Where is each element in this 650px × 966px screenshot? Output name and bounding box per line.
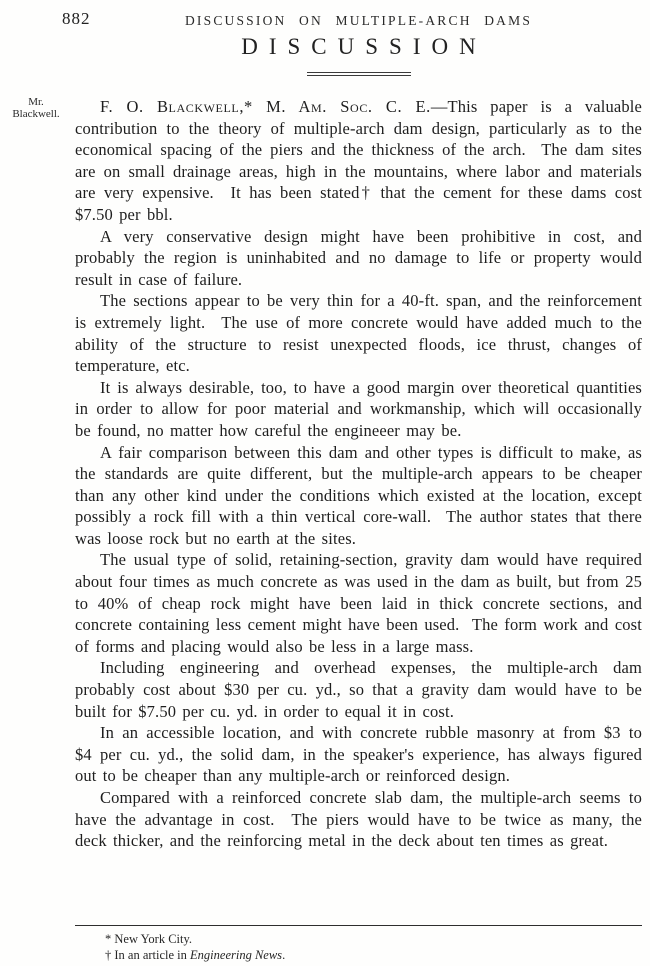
footnote-2-text: In an article in — [114, 948, 190, 962]
footnotes: * New York City. † In an article in Engi… — [75, 925, 642, 963]
paragraph-3: The sections appear to be very thin for … — [75, 290, 642, 376]
paragraph-7: Including engineering and overhead expen… — [75, 657, 642, 722]
paragraph-8: In an accessible location, and with conc… — [75, 722, 642, 787]
paragraph-9: Compared with a reinforced concrete slab… — [75, 787, 642, 852]
paragraph-5: A fair comparison between this dam and o… — [75, 442, 642, 550]
text-column: F. O. Blackwell,* M. Am. Soc. C. E.—This… — [75, 96, 642, 852]
footnote-2: † In an article in Engineering News. — [75, 947, 642, 963]
paragraph-1-text: —This paper is a valuable contribution t… — [75, 97, 648, 224]
title-rule — [307, 72, 411, 76]
speaker-name: F. O. Blackwell,* M. Am. Soc. C. E. — [100, 97, 431, 116]
footnote-2-work-title: Engineering News — [190, 948, 282, 962]
footnote-1-text: New York City. — [114, 932, 192, 946]
footnote-2-marker: † — [105, 948, 111, 962]
book-page: 882 DISCUSSION ON MULTIPLE-ARCH DAMS DIS… — [0, 0, 650, 966]
running-head: DISCUSSION ON MULTIPLE-ARCH DAMS — [75, 13, 642, 29]
paragraph-2: A very conservative design might have be… — [75, 226, 642, 291]
paragraph-4: It is always desirable, too, to have a g… — [75, 377, 642, 442]
footnote-1: * New York City. — [75, 931, 642, 947]
footnote-rule — [75, 925, 642, 926]
paragraph-6: The usual type of solid, retaining-secti… — [75, 549, 642, 657]
margin-note: Mr. Blackwell. — [2, 97, 70, 120]
margin-note-line2: Blackwell. — [2, 109, 70, 121]
margin-note-line1: Mr. — [2, 97, 70, 109]
paragraph-1: F. O. Blackwell,* M. Am. Soc. C. E.—This… — [75, 96, 642, 226]
footnote-2-suffix: . — [282, 948, 285, 962]
section-title: DISCUSSION — [75, 34, 642, 60]
footnote-1-marker: * — [105, 932, 111, 946]
